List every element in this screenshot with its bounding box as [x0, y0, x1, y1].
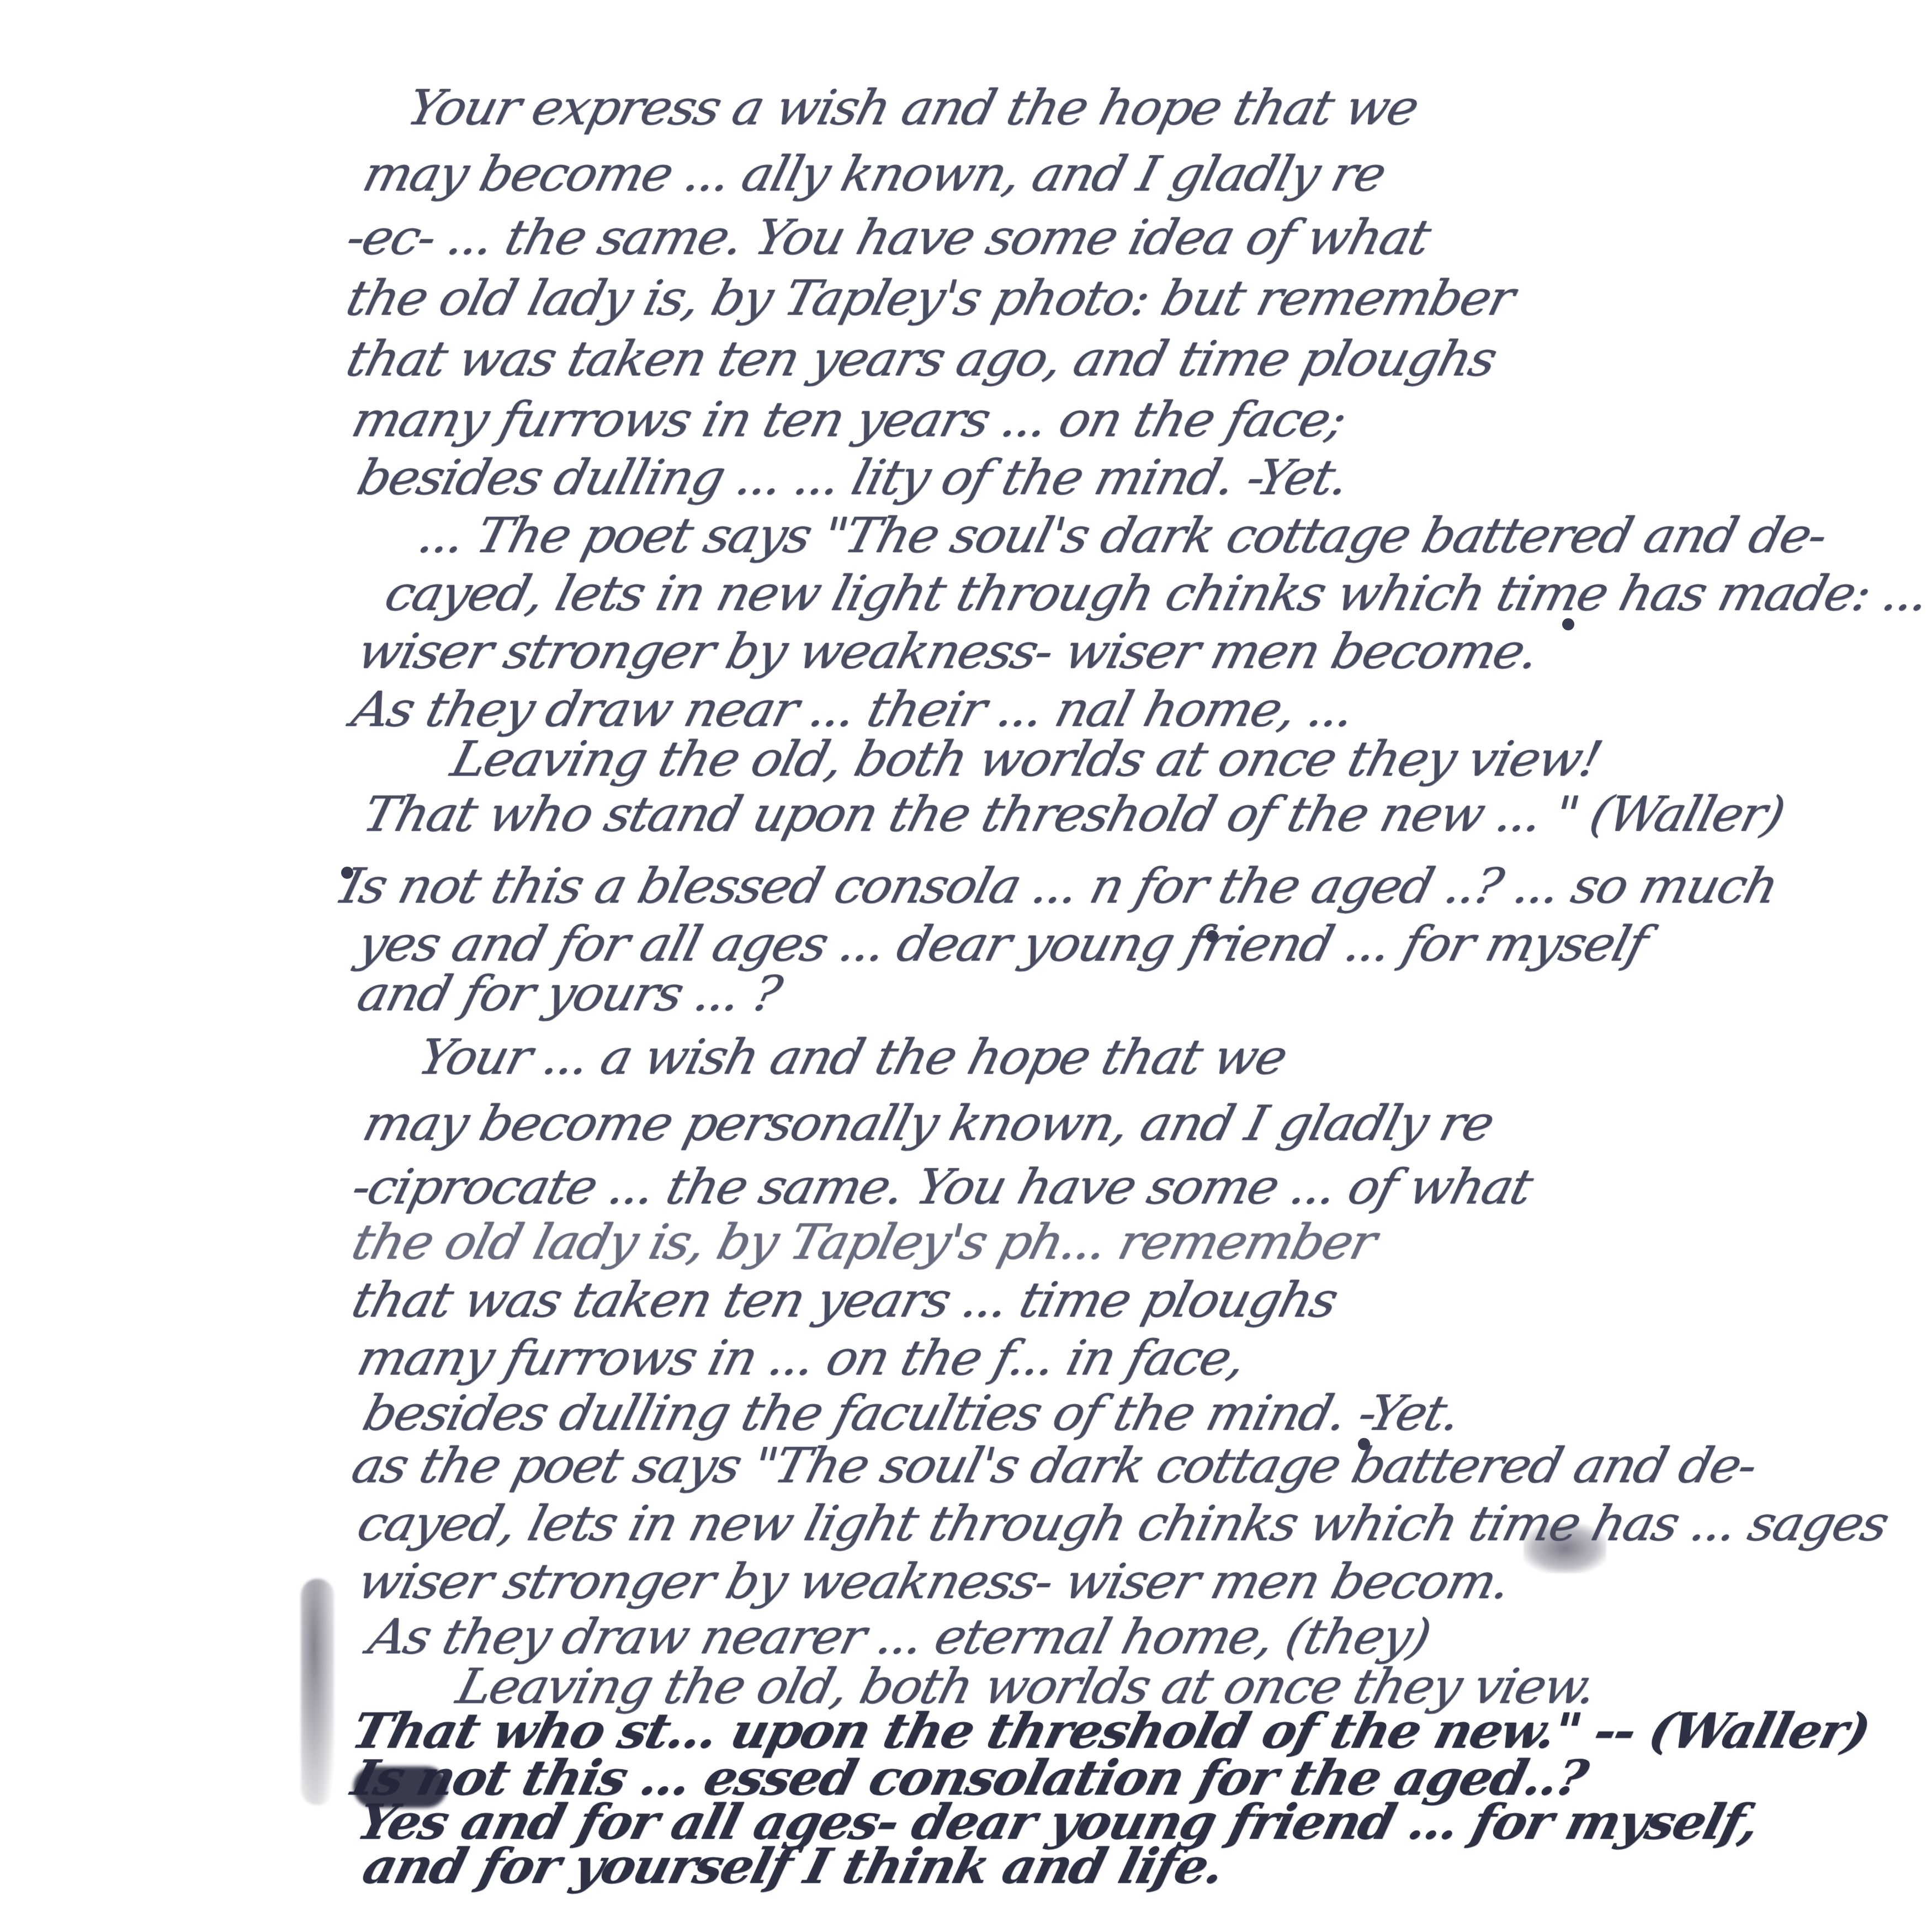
left-margin-ink-smudge — [301, 1579, 334, 1805]
poem-line: That who stand upon the threshold of the… — [358, 790, 1788, 838]
poem-line: As they draw near ... their ... nal home… — [347, 686, 1358, 734]
letter-line: Your express a wish and the hope that we — [402, 84, 1423, 132]
ink-dot — [341, 867, 353, 879]
closing-line: and for yours ... ? — [353, 970, 785, 1018]
poem-line: ... The poet says "The soul's dark cotta… — [413, 512, 1831, 560]
poem-line: cayed, lets in new light through chinks … — [380, 570, 1932, 618]
letter-line: -ciprocate ... the same. You have some .… — [347, 1163, 1536, 1211]
ink-dot — [1562, 618, 1574, 630]
ink-blot — [353, 1766, 447, 1808]
letter-line: many furrows in ... on the f... in face, — [353, 1334, 1250, 1382]
poem-line: cayed, lets in new light through chinks … — [353, 1500, 1892, 1548]
right-ink-smudge-patch — [1524, 1524, 1606, 1573]
letter-line: may become personally known, and I gladl… — [358, 1100, 1498, 1148]
letter-line: many furrows in ten years ... on the fac… — [347, 396, 1350, 444]
letter-line: that was taken ten years ago, and time p… — [342, 335, 1500, 383]
letter-line: besides dulling the faculties of the min… — [358, 1389, 1464, 1437]
ink-dot — [1206, 930, 1218, 942]
letter-line: Your ... a wish and the hope that we — [413, 1033, 1291, 1081]
poem-line: As they draw nearer ... eternal home, (t… — [364, 1613, 1434, 1661]
letter-line: may become ... ally known, and I gladly … — [358, 150, 1389, 198]
letter-line: besides dulling ... ... lity of the mind… — [353, 454, 1353, 502]
poem-line: wiser stronger by weakness- wiser men be… — [353, 628, 1543, 676]
handwritten-letter-page: Your express a wish and the hope that we… — [0, 0, 1932, 1932]
poem-line: That who st... upon the threshold of the… — [347, 1707, 1874, 1755]
letter-line: the old lady is, by Tapley's ph... remem… — [347, 1218, 1380, 1266]
poem-line: Leaving the old, both worlds at once the… — [447, 735, 1605, 783]
poem-line: as the poet says "The soul's dark cottag… — [347, 1442, 1760, 1490]
letter-line: that was taken ten years ... time plough… — [347, 1276, 1341, 1324]
closing-line: yes and for all ages ... dear young frie… — [353, 920, 1651, 968]
letter-line: -ec- ... the same. You have some idea of… — [342, 214, 1434, 262]
ink-dot — [1358, 1438, 1370, 1450]
closing-line: and for yourself I think and life. — [358, 1842, 1228, 1890]
poem-line: wiser stronger by weakness- wiser men be… — [353, 1558, 1515, 1606]
closing-line: Is not this a blessed consola ... n for … — [336, 862, 1782, 910]
letter-line: the old lady is, by Tapley's photo: but … — [342, 274, 1518, 322]
